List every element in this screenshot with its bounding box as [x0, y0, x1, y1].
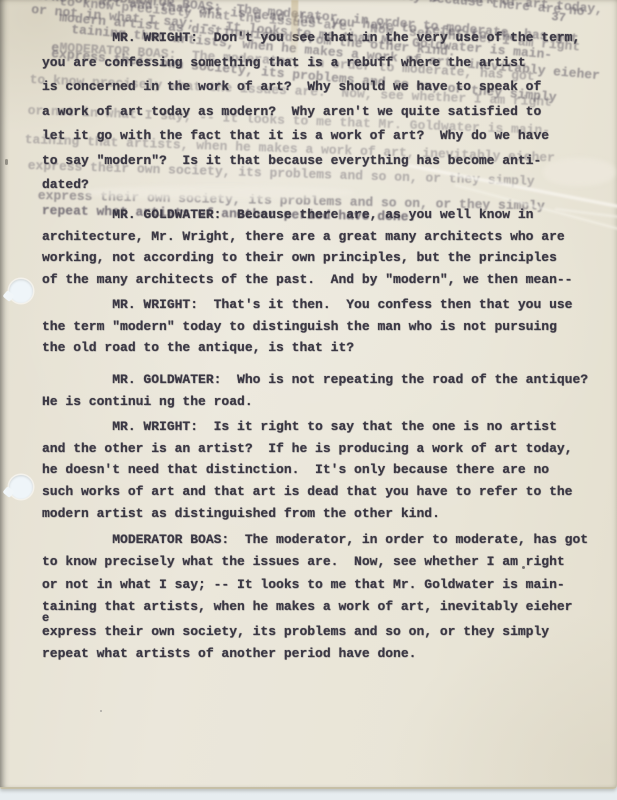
punch-hole-bottom [9, 475, 33, 499]
wrinkle-smudge [543, 158, 615, 186]
paragraph-wright-no-artist: MR. WRIGHT: Is it right to say that the … [42, 416, 573, 525]
paragraph-moderator-boas-continued: express their own society, its problems … [42, 621, 549, 666]
paragraph-wright-confess: MR. WRIGHT: That's it then. You confess … [42, 294, 573, 359]
ink-speck [5, 159, 8, 165]
paper-stain [291, 0, 299, 64]
paragraph-goldwater-antique: MR. GOLDWATER: Who is not repeating the … [42, 369, 588, 412]
punch-hole-top [9, 279, 33, 303]
ink-speck [522, 566, 525, 569]
wrinkle-smudge [85, 186, 355, 199]
paragraph-moderator-boas: MODERATOR BOAS: The moderator, in order … [42, 529, 588, 619]
paragraph-goldwater-architects: MR. GOLDWATER: Because there are, as you… [42, 204, 573, 291]
paragraph-wright-term: MR. WRIGHT: Don't you see that in the ve… [42, 26, 580, 198]
ghost-page-number: 37 [551, 10, 567, 25]
scanned-typewritten-page: and the other is an artist? If he is pro… [0, 0, 617, 789]
ink-speck [100, 710, 102, 712]
